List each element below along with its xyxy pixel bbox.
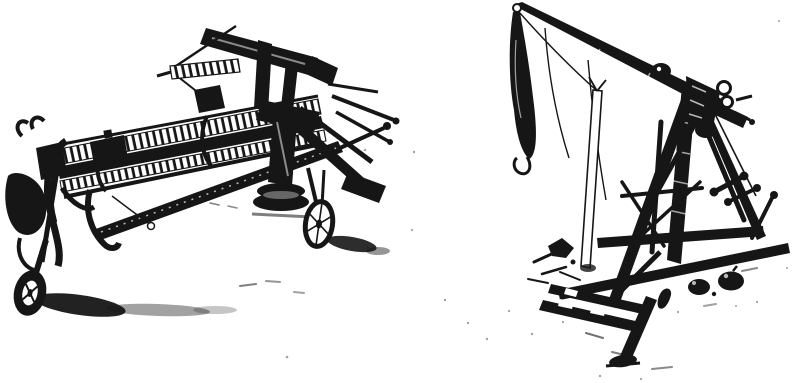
trebuchet-axle-assembly	[651, 63, 755, 138]
trebuchet-base-sled	[528, 238, 660, 369]
engraving-canvas	[0, 0, 800, 383]
ballista-figure	[0, 0, 400, 383]
ballista-front-carriage	[5, 117, 66, 318]
ballista-illustration	[0, 0, 400, 383]
trebuchet-figure	[400, 0, 800, 383]
trebuchet-sling	[510, 12, 536, 174]
ballista-front-wheel	[10, 267, 51, 319]
trebuchet-illustration	[400, 0, 800, 383]
